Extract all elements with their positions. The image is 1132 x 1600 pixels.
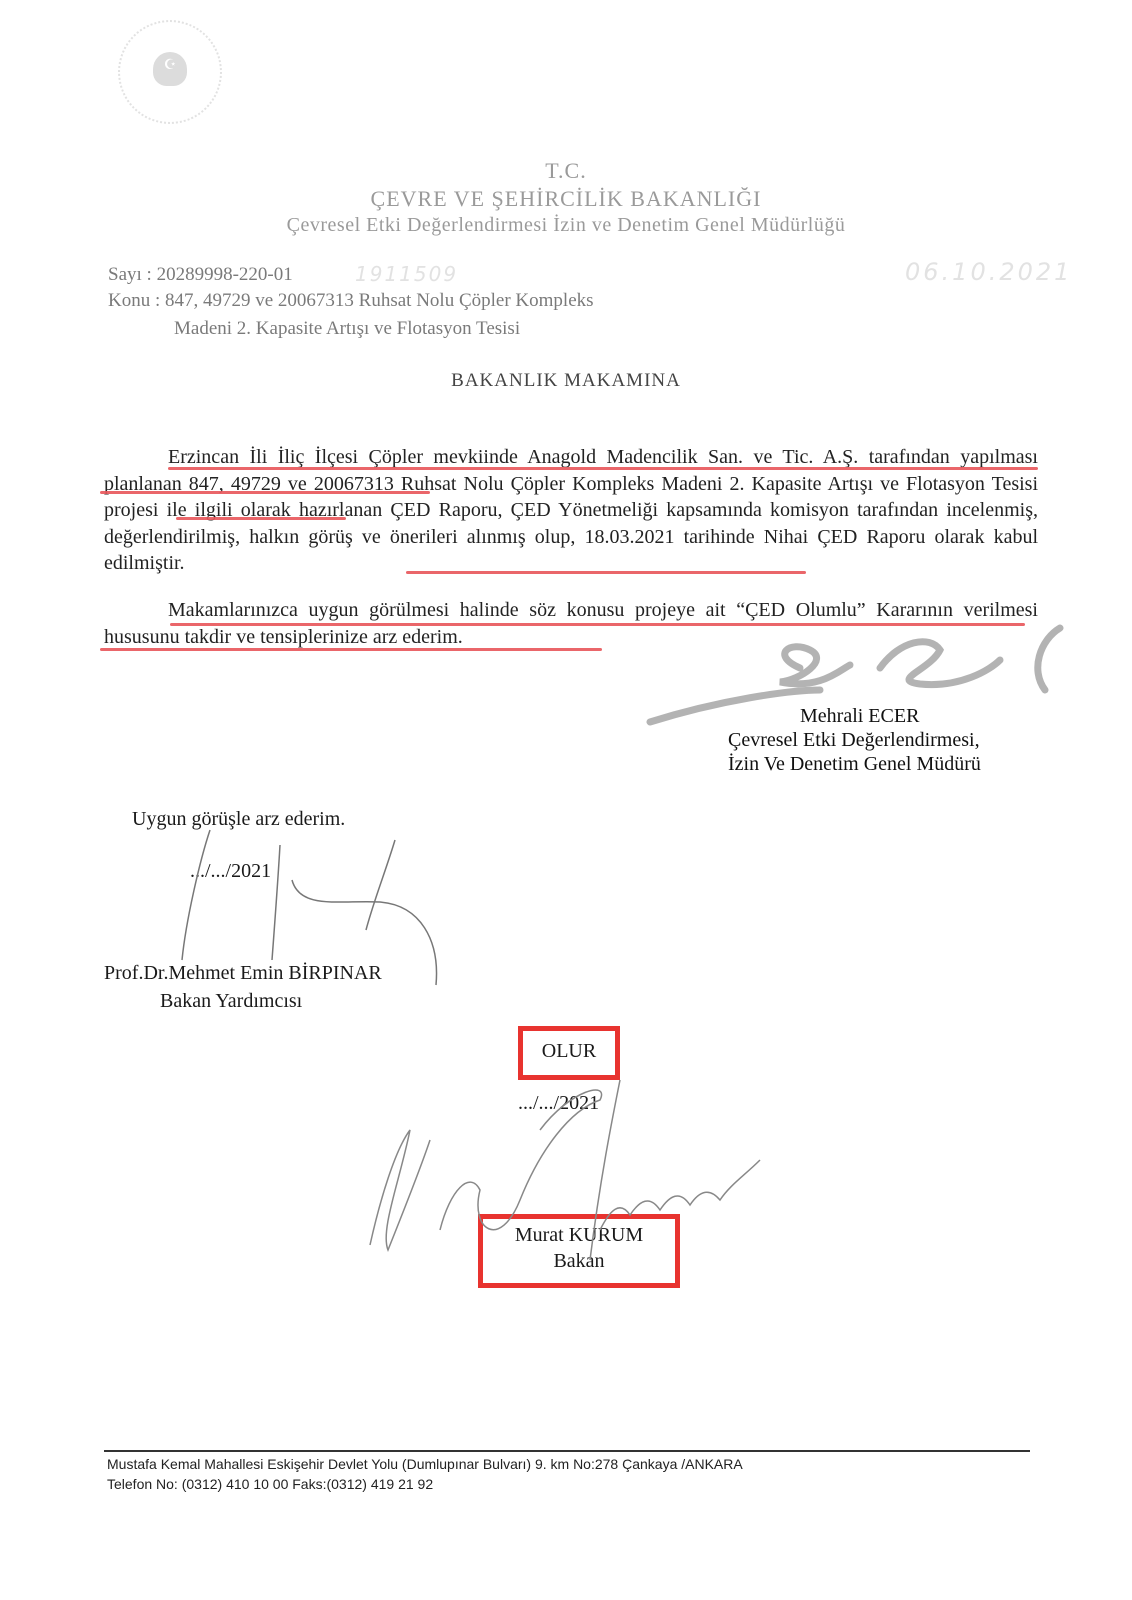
header-ministry: ÇEVRE VE ŞEHİRCİLİK BAKANLIĞI	[0, 186, 1132, 212]
minister-name: Murat KURUM	[478, 1222, 680, 1248]
footer-address: Mustafa Kemal Mahallesi Eskişehir Devlet…	[107, 1456, 743, 1472]
red-underline	[100, 648, 602, 651]
konu-label: Konu :	[108, 290, 160, 311]
red-underline	[170, 623, 1025, 626]
sayi-value: 20289998-220-01	[157, 264, 293, 285]
ecer-title-1: Çevresel Etki Değerlendirmesi,	[700, 728, 1060, 752]
handwritten-number: 1911509	[355, 262, 458, 286]
red-underline	[100, 491, 430, 494]
red-underline	[176, 517, 346, 520]
header-directorate: Çevresel Etki Değerlendirmesi İzin ve De…	[0, 214, 1132, 237]
red-underline	[406, 571, 806, 574]
konu-line-2: Madeni 2. Kapasite Artışı ve Flotasyon T…	[174, 318, 520, 340]
minister-block: Murat KURUM Bakan	[478, 1222, 680, 1274]
olur-text: OLUR	[518, 1040, 620, 1063]
ministry-seal-icon: ☪	[118, 20, 222, 124]
addressee: BAKANLIK MAKAMINA	[0, 370, 1132, 392]
ecer-title-2: İzin Ve Denetim Genel Müdürü	[700, 752, 1060, 776]
footer-phone: Telefon No: (0312) 410 10 00 Faks:(0312)…	[107, 1476, 433, 1492]
konu-value: 847, 49729 ve 20067313 Ruhsat Nolu Çöple…	[165, 290, 594, 311]
minister-title: Bakan	[478, 1248, 680, 1274]
sayi-line: Sayı : 20289998-220-01	[108, 264, 293, 286]
konu-line: Konu : 847, 49729 ve 20067313 Ruhsat Nol…	[108, 290, 594, 312]
body-paragraph-1: Erzincan İli İliç İlçesi Çöpler mevkiind…	[104, 444, 1038, 577]
crescent-star-icon: ☪	[153, 52, 187, 86]
ecer-name: Mehrali ECER	[700, 704, 1060, 728]
endorsement-date: .../.../2021	[190, 860, 271, 883]
endorsement-text: Uygun görüşle arz ederim.	[132, 808, 345, 831]
footer-divider	[104, 1450, 1030, 1452]
sayi-label: Sayı :	[108, 264, 152, 285]
handwritten-signatures	[0, 0, 1132, 1600]
handwritten-date: 06.10.2021	[905, 258, 1072, 286]
header-tc: T.C.	[0, 158, 1132, 184]
signatory-ecer: Mehrali ECER Çevresel Etki Değerlendirme…	[700, 704, 1060, 776]
red-underline	[168, 467, 1038, 470]
endorser-name: Prof.Dr.Mehmet Emin BİRPINAR	[104, 962, 382, 985]
endorser-title: Bakan Yardımcısı	[160, 990, 302, 1013]
approval-date: .../.../2021	[518, 1092, 599, 1115]
